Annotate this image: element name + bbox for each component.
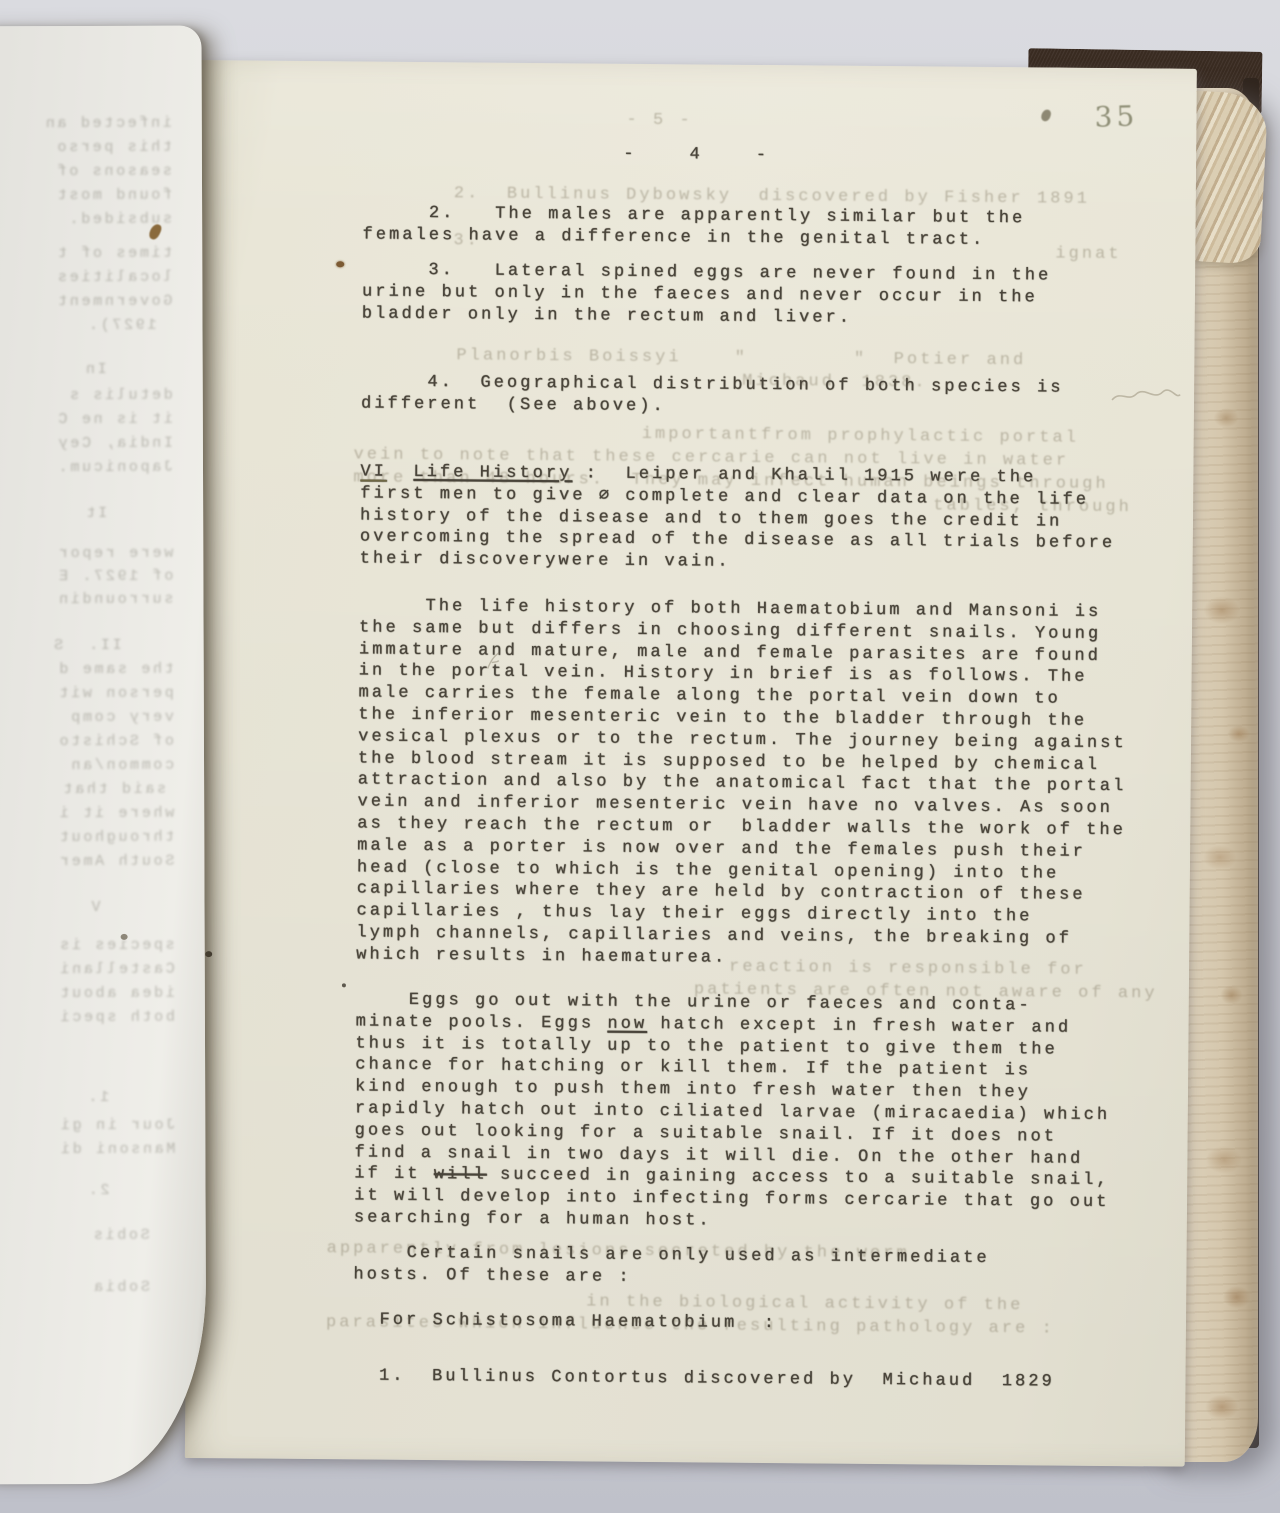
- ghost-text-line: Japonicum.: [56, 458, 173, 478]
- ghost-text-line: Planorbis Boissyi " " Potier and: [456, 345, 1026, 372]
- ghost-text-line: both speci: [58, 1008, 175, 1028]
- ghost-text-line: - 5 -: [626, 110, 692, 132]
- ghost-text-line: India, Cey: [56, 434, 173, 454]
- ink-blot: [1040, 108, 1052, 122]
- ghost-text-line: Jour in gi: [58, 1116, 175, 1136]
- paragraph-host-1: 1. Bullinus Contortus discovered by Mich…: [352, 1365, 1055, 1393]
- ghost-text-line: person wit: [57, 684, 174, 704]
- ghost-text-line: South Amer: [57, 852, 174, 872]
- ghost-text-line: Sobia: [91, 1278, 150, 1298]
- typed-page-number: - 4 -: [556, 143, 836, 167]
- typed-segment: if it: [354, 1165, 434, 1185]
- paragraph-item-2: 2. The males are apparently similar but …: [362, 202, 1025, 251]
- typed-segment: will: [434, 1165, 487, 1184]
- ghost-text-line: surroundin: [56, 590, 173, 610]
- ghost-text-line: the same d: [57, 660, 174, 680]
- ghost-text-line: species is: [58, 936, 175, 956]
- ink-speck: [205, 951, 212, 957]
- ghost-text-line: Sobis: [91, 1226, 150, 1246]
- stray-type-dot: [342, 983, 346, 987]
- previous-page-verso: infected anthis persoseasons offound mos…: [0, 26, 207, 1485]
- pencil-annotation: [1110, 386, 1182, 409]
- folio-number-stamp: 35: [1094, 99, 1138, 133]
- ghost-text-line: Castellani: [58, 960, 175, 980]
- typed-line: 1. Bullinus Contortus discovered by Mich…: [352, 1365, 1055, 1393]
- ghost-text-line: of 1927. E: [56, 567, 173, 587]
- paragraph-life-history-heading: VI Life History : Leiper and Khalil 1915…: [360, 461, 1116, 577]
- ghost-text-line: of Schisto: [57, 732, 174, 752]
- ghost-text-line: times of t: [55, 244, 172, 264]
- ghost-text-line: II. S: [51, 636, 121, 656]
- paragraph-item-3: 3. Lateral spined eggs are never found i…: [362, 259, 1052, 330]
- typed-segment: VI: [360, 462, 387, 481]
- ghost-text-line: ignat: [1055, 243, 1121, 265]
- ghost-text-line: where it i: [57, 804, 174, 824]
- ghost-text-line: importantfrom prophylactic portal: [642, 424, 1079, 450]
- ghost-text-line: In: [83, 360, 106, 380]
- document-page: - 5 -2. Bullinus Dybowsky discovered by …: [185, 60, 1197, 1467]
- ghost-text-line: Mansoni di: [58, 1140, 175, 1160]
- typed-segment: now: [607, 1014, 647, 1033]
- foxing-spot: [121, 934, 128, 940]
- typed-line: For Schistosoma Haematobium :: [353, 1309, 777, 1334]
- ghost-text-line: common/an: [69, 756, 174, 776]
- typed-segment: hatch except in fresh water and: [647, 1015, 1071, 1038]
- ghost-text-line: idea about: [58, 984, 175, 1004]
- ghost-text-line: detulis s: [67, 386, 172, 406]
- typed-segment: : Leiper and Khalil 1915 were the: [572, 464, 1036, 487]
- book-photo-scene: - 5 -2. Bullinus Dybowsky discovered by …: [0, 0, 1280, 1513]
- typed-segment: minate pools. Eggs: [356, 1012, 608, 1033]
- ghost-text-line: 1927).: [86, 316, 156, 336]
- ghost-text-line: throughout: [57, 828, 174, 848]
- ghost-text-line: found most: [55, 186, 172, 206]
- typed-segment: Life History: [413, 463, 572, 483]
- ghost-text-line: It: [84, 504, 107, 524]
- ghost-text-line: were repor: [56, 544, 173, 564]
- ghost-text-line: 2.: [86, 1181, 109, 1201]
- mirrored-bleed-through: infected anthis persoseasons offound mos…: [0, 26, 207, 1485]
- page-number-text: - 4 -: [623, 145, 769, 165]
- ghost-text-line: V: [89, 898, 101, 918]
- ghost-text-line: very comp: [69, 708, 174, 728]
- ghost-text-line: said that: [61, 780, 166, 800]
- ghost-text-line: 1.: [86, 1088, 109, 1108]
- paragraph-item-4: 4. Geographical distribution of both spe…: [361, 371, 1064, 421]
- paragraph-life-history-body: The life history of both Haematobium and…: [356, 595, 1128, 972]
- paragraph-eggs: Eggs go out with the urine or faeces and…: [354, 989, 1111, 1235]
- foxing-spot: [336, 261, 344, 267]
- ghost-text-line: it is ne C: [56, 410, 173, 430]
- typed-segment: [387, 463, 414, 482]
- ghost-text-line: infected an: [43, 114, 172, 134]
- paragraph-for-haematobium: For Schistosoma Haematobium :: [353, 1309, 777, 1334]
- ghost-text-line: seasons of: [55, 162, 172, 182]
- ghost-text-line: Government: [55, 292, 172, 312]
- ghost-text-line: this perso: [55, 138, 172, 158]
- paragraph-snails: Certain snails are only used as intermed…: [353, 1242, 989, 1291]
- pencil-insertion-mark: [484, 651, 502, 671]
- ghost-text-line: localities: [55, 268, 172, 288]
